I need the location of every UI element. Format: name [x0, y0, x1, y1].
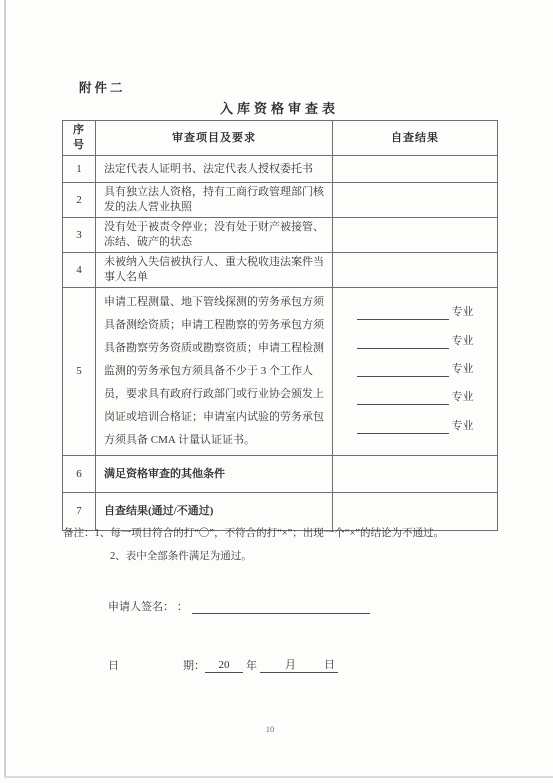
fill-in-blank-line [357, 392, 449, 405]
specialty-blank-line: 专业 [341, 362, 489, 377]
date-label-ri: 日 [108, 657, 119, 673]
row-no: 3 [63, 218, 96, 253]
specialty-label: 专业 [452, 362, 474, 377]
date-row: 日 期： 20 年 月 日 [108, 656, 338, 673]
remarks-section: 备注：1、每一项目符合的打“〇”，不符合的打“×”；出现一个“×”的结论为不通过… [63, 526, 523, 564]
signature-blank-line [192, 600, 370, 614]
qualification-review-table: 序号 审查项目及要求 自查结果 1 法定代表人证明书、法定代表人授权委托书 2 … [62, 120, 498, 531]
row-no: 6 [63, 456, 96, 493]
date-label-qi: 期： [183, 657, 205, 673]
specialty-lines: 专业 专业 专业 专业 专业 [341, 290, 489, 453]
applicant-signature-row: 申请人签名： ： [108, 598, 370, 614]
header-result: 自查结果 [333, 121, 498, 156]
date-month-blank [260, 659, 282, 673]
row-item: 满足资格审查的其他条件 [96, 456, 333, 493]
row-no: 4 [63, 253, 96, 288]
page-title: 入库资格审查表 [62, 98, 497, 117]
row-result-blank [333, 156, 498, 183]
row-no: 2 [63, 183, 96, 218]
row-item: 具有独立法人资格，持有工商行政管理部门核发的法人营业执照 [96, 183, 333, 218]
row-result-blank [333, 183, 498, 218]
specialty-blank-line: 专业 [341, 305, 489, 320]
attachment-label: 附件二 [79, 78, 126, 96]
table-row: 5 申请工程测量、地下管线探测的劳务承包方须具备测绘资质；申请工程勘察的劳务承包… [63, 288, 498, 456]
row-no: 7 [63, 493, 96, 531]
remark-line-2: 2、表中全部条件满足为通过。 [110, 549, 523, 564]
table-row: 2 具有独立法人资格，持有工商行政管理部门核发的法人营业执照 [63, 183, 498, 218]
row-no: 1 [63, 156, 96, 183]
row-result-blank [333, 493, 498, 531]
table-row: 6 满足资格审查的其他条件 [63, 456, 498, 493]
row-result-blank [333, 456, 498, 493]
table-row: 3 没有处于被责令停业；没有处于财产被接管、冻结、破产的状态 [63, 218, 498, 253]
fill-in-blank-line [357, 336, 449, 349]
row-result-blank [333, 253, 498, 288]
row-item: 法定代表人证明书、法定代表人授权委托书 [96, 156, 333, 183]
table-header-row: 序号 审查项目及要求 自查结果 [63, 121, 498, 156]
header-no: 序号 [63, 121, 96, 156]
row-no: 5 [63, 288, 96, 456]
row-result-blank [333, 218, 498, 253]
scanned-document-page: 附件二 入库资格审查表 序号 审查项目及要求 自查结果 1 法定代表人证明书、法… [0, 0, 553, 783]
page-number: 10 [240, 724, 300, 734]
row-item: 没有处于被责令停业；没有处于财产被接管、冻结、破产的状态 [96, 218, 333, 253]
scan-edge-artifact-left [4, 0, 6, 778]
row-result-specialty: 专业 专业 专业 专业 专业 [333, 288, 498, 456]
date-month-unit: 月 [282, 656, 299, 673]
table-row: 4 未被纳入失信被执行人、重大税收违法案件当事人名单 [63, 253, 498, 288]
row-item: 未被纳入失信被执行人、重大税收违法案件当事人名单 [96, 253, 333, 288]
specialty-blank-line: 专业 [341, 419, 489, 434]
scan-edge-artifact-bottom [4, 776, 553, 778]
table-row: 7 自查结果(通过/不通过) [63, 493, 498, 531]
fill-in-blank-line [357, 307, 449, 320]
table-row: 1 法定代表人证明书、法定代表人授权委托书 [63, 156, 498, 183]
specialty-label: 专业 [452, 334, 474, 349]
specialty-label: 专业 [452, 390, 474, 405]
remark-line-1: 备注：1、每一项目符合的打“〇”，不符合的打“×”；出现一个“×”的结论为不通过… [63, 526, 523, 541]
row-item: 申请工程测量、地下管线探测的劳务承包方须具备测绘资质；申请工程勘察的劳务承包方须… [96, 288, 333, 456]
fill-in-blank-line [357, 421, 449, 434]
date-day-blank [299, 659, 321, 673]
signature-label: 申请人签名： ： [108, 598, 188, 614]
row-item: 自查结果(通过/不通过) [96, 493, 333, 531]
date-year-value-blank: 20 [205, 659, 243, 673]
specialty-blank-line: 专业 [341, 334, 489, 349]
header-item: 审查项目及要求 [96, 121, 333, 156]
fill-in-blank-line [357, 364, 449, 377]
specialty-label: 专业 [452, 419, 474, 434]
specialty-blank-line: 专业 [341, 390, 489, 405]
date-year-unit: 年 [243, 657, 260, 673]
date-day-unit: 日 [321, 656, 338, 673]
specialty-label: 专业 [452, 305, 474, 320]
